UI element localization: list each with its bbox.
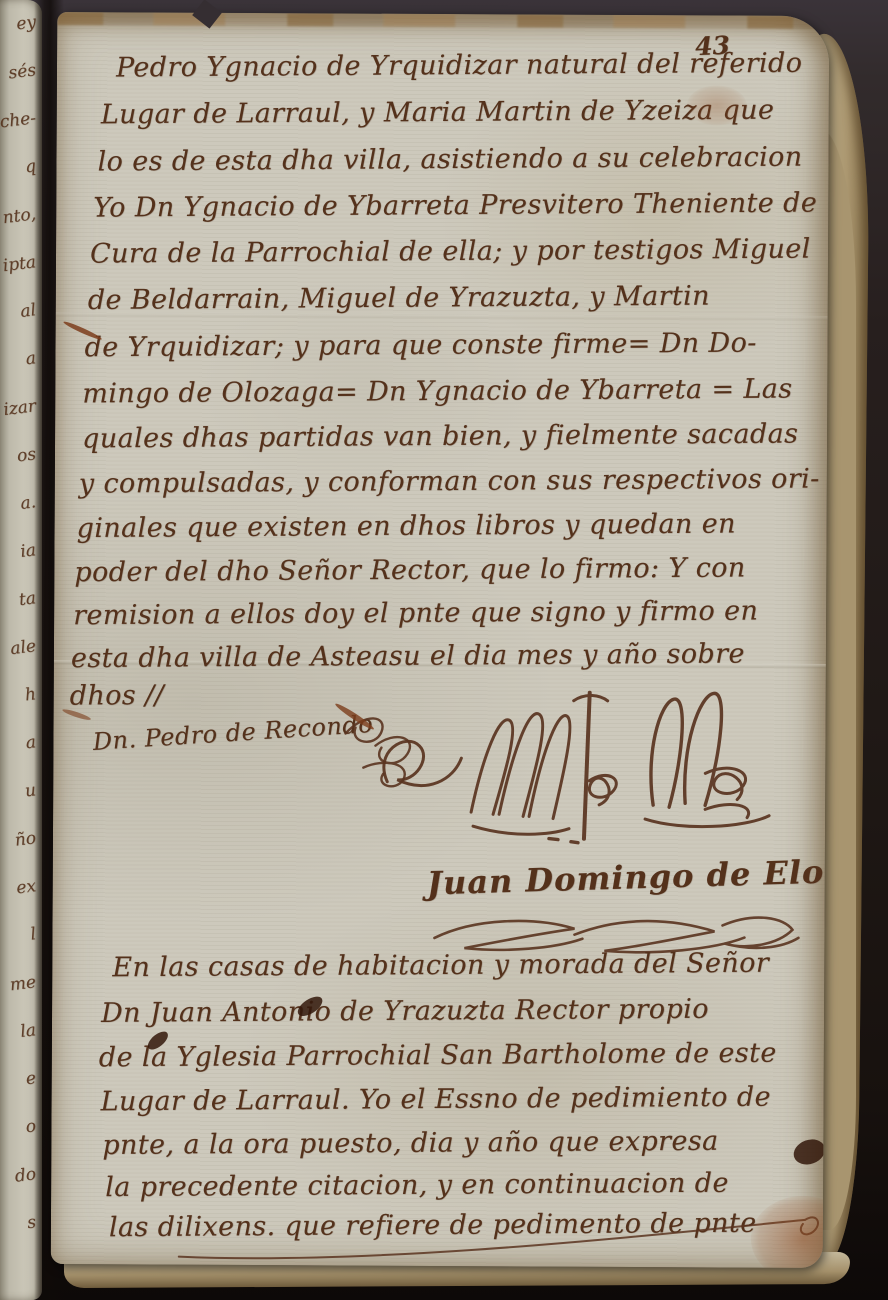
- rust-stain: [751, 1196, 830, 1268]
- text-line: Dn Juan Antonio de Yrazuzta Rector propi…: [101, 994, 709, 1029]
- text-line: Lugar de Larraul. Yo el Essno de pedimie…: [100, 1082, 771, 1118]
- text-line: quales dhas partidas van bien, y fielmen…: [82, 418, 798, 454]
- ink-smear: [62, 320, 102, 342]
- text-line: lo es de esta dha villa, asistiendo a su…: [97, 142, 802, 178]
- text-line: esta dha villa de Asteasu el dia mes y a…: [71, 638, 745, 674]
- signature-pedro-recondo: Dn. Pedro de Recondo: [92, 710, 374, 756]
- text-line: la precedente citacion, y en continuacio…: [105, 1168, 729, 1203]
- rust-stain: [687, 85, 747, 125]
- text-line: Cura de la Parrochial de ella; y por tes…: [90, 234, 811, 270]
- manuscript-scan: ey sés che- q nto, ipta al a izar os a. …: [0, 0, 888, 1300]
- text-line: Lugar de Larraul, y Maria Martin de Yzei…: [101, 95, 775, 131]
- text-line: mingo de Olozaga= Dn Ygnacio de Ybarreta…: [82, 374, 792, 410]
- text-line: pnte, a la ora puesto, dia y año que exp…: [102, 1126, 718, 1161]
- text-line: de Yrquidizar; y para que conste firme= …: [84, 328, 756, 364]
- text-line: Pedro Ygnacio de Yrquidizar natural del …: [116, 48, 803, 84]
- closing-rule: [169, 1205, 830, 1268]
- text-line: ginales que existen en dhos libros y que…: [76, 509, 735, 545]
- text-line: y compulsadas, y conforman con sus respe…: [79, 463, 820, 499]
- worn-top-edge: [57, 12, 829, 29]
- manuscript-page: 43 Pedro Ygnacio de Yrquidizar natural d…: [51, 12, 830, 1268]
- text-line: dhos //: [70, 680, 165, 712]
- text-line: poder del dho Señor Rector, que lo firmo…: [74, 552, 745, 588]
- ink-blot: [790, 1135, 828, 1168]
- text-line: remision a ellos doy el pnte que signo y…: [73, 595, 758, 631]
- notarial-sign-rubric: [353, 686, 784, 866]
- text-line: de Beldarrain, Miguel de Yrazuzta, y Mar…: [88, 281, 710, 316]
- text-line: Yo Dn Ygnacio de Ybarreta Presvitero The…: [93, 188, 817, 224]
- text-line: En las casas de habitacion y morada del …: [112, 948, 769, 984]
- text-line: de la Yglesia Parrochial San Bartholome …: [99, 1038, 777, 1074]
